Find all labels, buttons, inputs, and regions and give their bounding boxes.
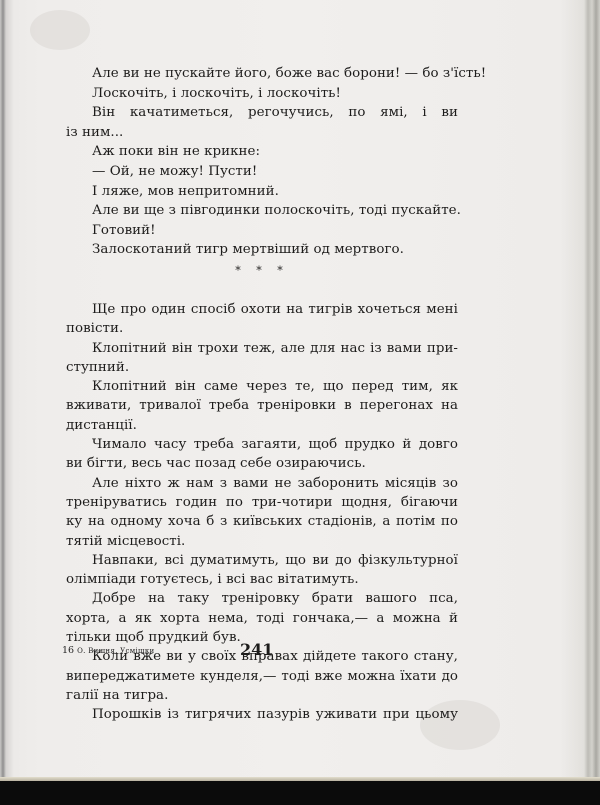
text-line: ви бігти, весь час позад себе озираючись… <box>66 454 458 473</box>
text-line: дистанції. <box>66 416 458 435</box>
text-line: Навпаки, всі думатимуть, що ви до фізкул… <box>66 551 458 570</box>
text-line: Клопітний він трохи теж, але для нас із … <box>66 339 458 358</box>
text-line: із ним... <box>66 123 458 143</box>
text-line: хорта, а як хорта нема, тоді гончака,— а… <box>66 609 458 628</box>
text-line: галії на тигра. <box>66 686 458 705</box>
text-line: повісти. <box>66 319 458 338</box>
text-line: Чимало часу треба загаяти, щоб прудко й … <box>66 435 458 454</box>
text-line: олімпіади готуєтесь, і всі вас вітатимут… <box>66 570 458 589</box>
text-line: випереджатимете кунделя,— тоді вже можна… <box>66 667 458 686</box>
section-separator: * * * <box>66 261 458 281</box>
text-line: Добре на таку треніровку брати вашого пс… <box>66 589 458 608</box>
signature-title: О. Вишня, Усмішки <box>77 647 154 655</box>
text-line: тятій місцевості. <box>66 532 458 551</box>
text-line: Але ніхто ж нам з вами не заборонить міс… <box>66 474 458 493</box>
text-line: Залоскотаний тигр мертвіший од мертвого. <box>66 240 458 260</box>
text-line: Порошків із тигрячих пазурів уживати при… <box>66 705 458 724</box>
text-line: Готовий! <box>66 221 458 241</box>
page-text: Але ви не пускайте його, боже вас борони… <box>66 64 458 260</box>
text-line: Аж поки він не крикне: <box>66 142 458 162</box>
page-number: 241 <box>240 640 273 659</box>
signature-number: 16 <box>62 645 74 656</box>
narrative-section: Ще про один спосіб охоти на тигрів хочет… <box>66 300 458 725</box>
dialogue-section: Але ви не пускайте його, боже вас борони… <box>66 64 458 260</box>
text-line: Лоскочіть, і лоскочіть, і лоскочіть! <box>66 84 458 104</box>
text-line: Але ви ще з півгодинки полоскочіть, тоді… <box>66 201 458 221</box>
text-line: Він качатиметься, регочучись, по ямі, і … <box>66 103 458 123</box>
text-line: Клопітний він саме через те, що перед ти… <box>66 377 458 396</box>
text-line: вживати, тривалої треба треніровки в пер… <box>66 396 458 415</box>
text-line: Ще про один спосіб охоти на тигрів хочет… <box>66 300 458 319</box>
paper-stain <box>30 10 90 50</box>
signature-mark: 16 О. Вишня, Усмішки <box>62 645 154 656</box>
text-line: ку на одному хоча б з київських стадіоні… <box>66 512 458 531</box>
scanned-book-page: Але ви не пускайте його, боже вас борони… <box>0 0 600 781</box>
text-line: треніруватись годин по три-чотири щодня,… <box>66 493 458 512</box>
text-line: Але ви не пускайте його, боже вас борони… <box>66 64 458 84</box>
text-line: — Ой, не можу! Пусти! <box>66 162 458 182</box>
text-line: ступний. <box>66 358 458 377</box>
text-line: І ляже, мов непритомний. <box>66 182 458 202</box>
